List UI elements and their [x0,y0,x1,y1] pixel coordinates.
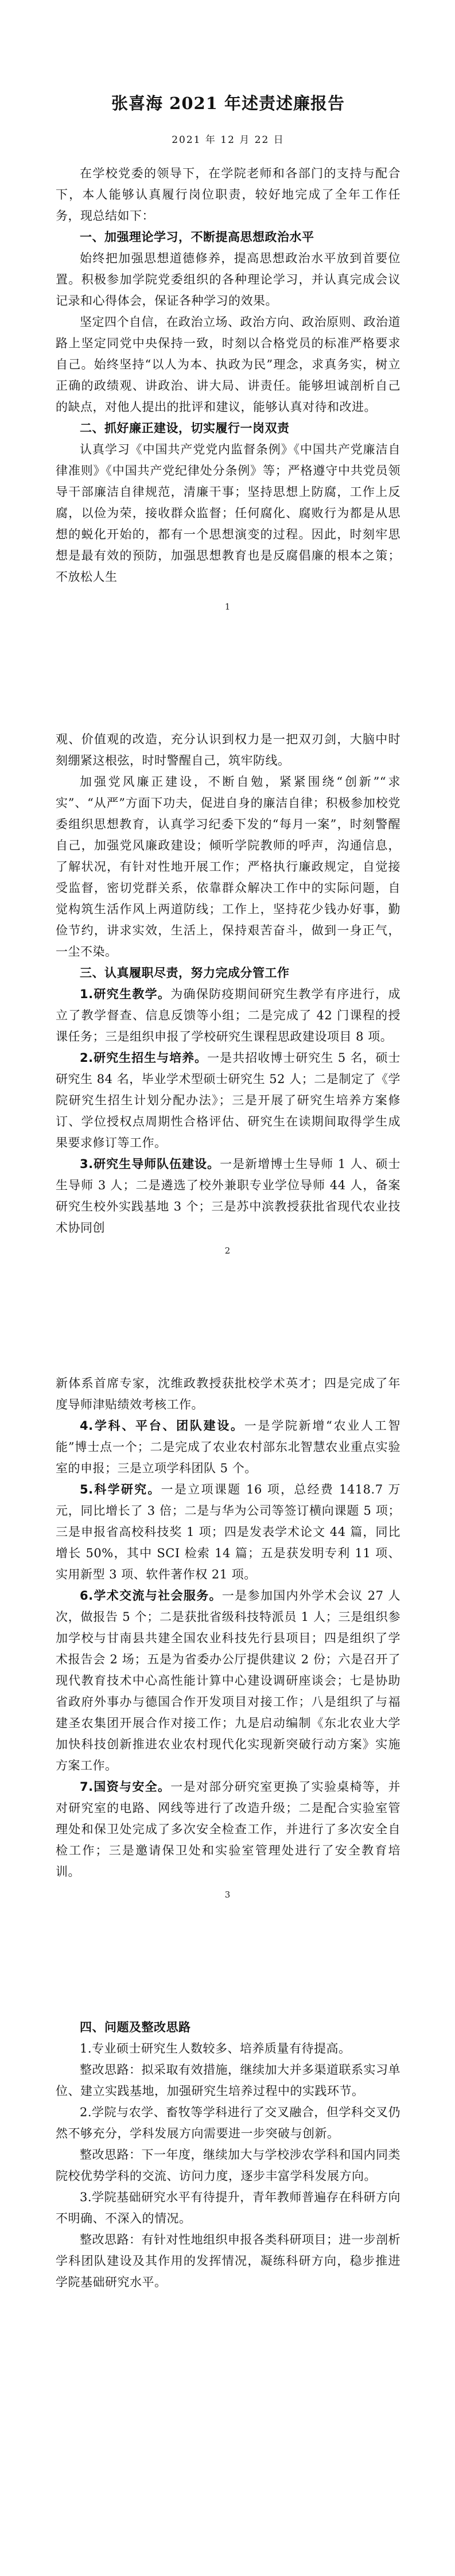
numbered-item-2: 2.研究生招生与培养。一是共招收博士研究生 5 名，硕士研究生 84 名，毕业学… [56,1048,400,1154]
section-heading-2: 二、抓好廉正建设，切实履行一岗双责 [56,418,400,439]
document-date: 2021 年 12 月 22 日 [56,131,400,146]
paragraph: 坚定四个自信，在政治立场、政治方向、政治原则、政治道路上坚定同党中央保持一致，时… [56,312,400,418]
numbered-item-5: 5.科学研究。一是立项课题 16 项，总经费 1418.7 万元，同比增长了 3… [56,1479,400,1585]
numbered-item-lead: 6.学术交流与社会服务。 [80,1589,222,1603]
page-number-3: 3 [0,1890,455,1900]
section-heading-4: 四、问题及整改思路 [56,2017,400,2038]
report-document: 张喜海 2021 年述责述廉报告 2021 年 12 月 22 日 在学校党委的… [0,0,455,2576]
numbered-item-4: 4.学科、平台、团队建设。一是学院新增“农业人工智能”博士点一个；二是完成了农业… [56,1415,400,1479]
document-title: 张喜海 2021 年述责述廉报告 [56,91,400,114]
numbered-item-lead: 5.科学研究。 [80,1483,161,1496]
numbered-item-1: 1.研究生教学。为确保防疫期间研究生教学有序进行，成立了教学督查、信息反馈等小组… [56,984,400,1048]
page-3: 新体系首席专家，沈维政教授获批校学术英才；四是完成了年度导师津贴绩效考核工作。 … [0,1288,455,1932]
numbered-item-lead: 4.学科、平台、团队建设。 [80,1419,244,1433]
numbered-item-lead: 1.研究生教学。 [80,987,170,1001]
page-number-2: 2 [0,1246,455,1256]
problem-item-1: 1.专业硕士研究生人数较多、培养质量有待提高。 [56,2038,400,2059]
page-2: 观、价值观的改造，充分认识到权力是一把双刃剑，大脑中时刻绷紧这根弦，时时警醒自己… [0,644,455,1288]
page-number-1: 1 [0,602,455,612]
numbered-item-lead: 7.国资与安全。 [80,1780,170,1794]
numbered-item-text: 一是立项课题 16 项，总经费 1418.7 万元，同比增长了 3 倍；二是与华… [56,1483,400,1581]
paragraph: 认真学习《中国共产党党内监督条例》《中国共产党廉洁自律准则》《中国共产党纪律处分… [56,439,400,588]
numbered-item-text: 一是参加国内外学术会议 27 人次，做报告 5 个；二是获批省级科技特派员 1 … [56,1589,400,1772]
paragraph-intro: 在学校党委的领导下，在学院老师和各部门的支持与配合下，本人能够认真履行岗位职责，… [56,163,400,227]
paragraph: 加强党风廉正建设，不断自勉，紧紧围绕“创新”“求实”、“从严”方面下功夫，促进自… [56,771,400,963]
paragraph: 始终把加强思想道德修养，提高思想政治水平放到首要位置。积极参加学院党委组织的各种… [56,248,400,312]
rectification-2: 整改思路：下一年度，继续加大与学校涉农学科和国内同类院校优势学科的交流、访问力度… [56,2144,400,2187]
paragraph-continuation: 新体系首席专家，沈维政教授获批校学术英才；四是完成了年度导师津贴绩效考核工作。 [56,1373,400,1415]
numbered-item-3: 3.研究生导师队伍建设。一是新增博士生导师 1 人、硕士生导师 3 人；二是遴选… [56,1154,400,1239]
paragraph-continuation: 观、价值观的改造，充分认识到权力是一把双刃剑，大脑中时刻绷紧这根弦，时时警醒自己… [56,729,400,771]
numbered-item-lead: 2.研究生招生与培养。 [80,1051,207,1065]
page-1: 张喜海 2021 年述责述廉报告 2021 年 12 月 22 日 在学校党委的… [0,0,455,644]
numbered-item-text: 一是共招收博士研究生 5 名，硕士研究生 84 名，毕业学术型硕士研究生 52 … [56,1051,400,1150]
problem-item-3: 3.学院基础研究水平有待提升，青年教师普遍存在科研方向不明确、不深入的情况。 [56,2187,400,2229]
numbered-item-lead: 3.研究生导师队伍建设。 [80,1157,220,1171]
numbered-item-6: 6.学术交流与社会服务。一是参加国内外学术会议 27 人次，做报告 5 个；二是… [56,1585,400,1776]
numbered-item-text: 一是对部分研究室更换了实验桌椅等，并对研究室的电路、网线等进行了改造升级；二是配… [56,1780,400,1879]
section-heading-3: 三、认真履职尽责，努力完成分管工作 [56,963,400,984]
rectification-3: 整改思路：有针对性地组织申报各类科研项目；进一步剖析学科团队建设及其作用的发挥情… [56,2229,400,2293]
numbered-item-7: 7.国资与安全。一是对部分研究室更换了实验桌椅等，并对研究室的电路、网线等进行了… [56,1776,400,1883]
section-heading-1: 一、加强理论学习，不断提高思想政治水平 [56,227,400,248]
rectification-1: 整改思路：拟采取有效措施，继续加大并多渠道联系实习单位、建立实践基地，加强研究生… [56,2059,400,2102]
problem-item-2: 2.学院与农学、畜牧等学科进行了交叉融合，但学科交叉仍然不够充分，学科发展方向需… [56,2102,400,2144]
page-4: 四、问题及整改思路 1.专业硕士研究生人数较多、培养质量有待提高。 整改思路：拟… [0,1932,455,2576]
